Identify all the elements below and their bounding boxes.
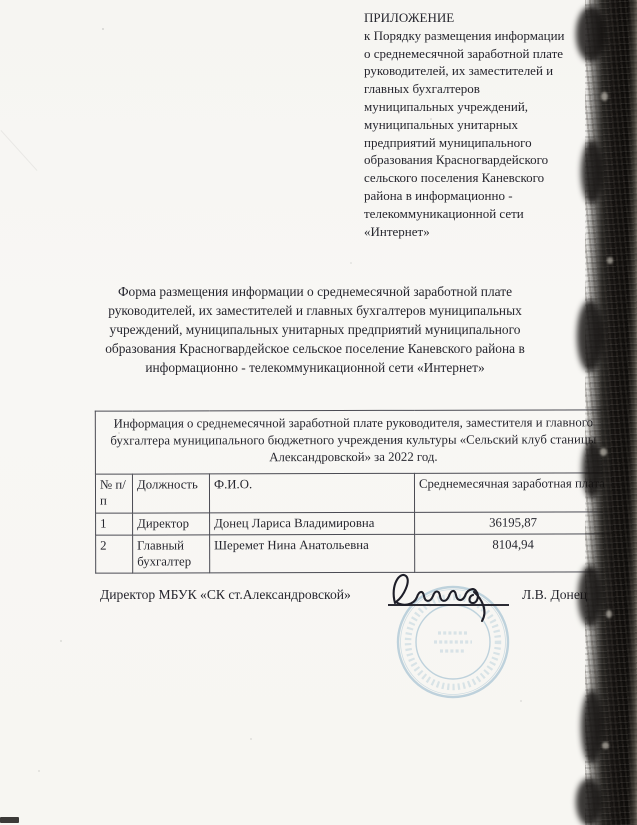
appendix-header: ПРИЛОЖЕНИЕ к Порядку размещения информац…	[364, 9, 602, 240]
scan-edge-blob	[578, 565, 602, 627]
scan-noise-specks	[0, 0, 2, 2]
table-caption: Информация о среднемесячной заработной п…	[95, 410, 611, 474]
table-row: 1 Директор Донец Лариса Владимировна 361…	[96, 512, 612, 535]
cell-salary: 36195,87	[415, 512, 612, 535]
scan-edge-blob	[582, 440, 602, 498]
col-header-position: Должность	[132, 474, 209, 513]
cell-position: Главный бухгалтер	[133, 535, 210, 573]
signature-label: Директор МБУК «СК ст.Александровской»	[100, 587, 351, 603]
cell-name: Донец Лариса Владимировна	[210, 512, 415, 535]
col-header-num: № п/п	[95, 474, 132, 513]
scan-edge-spark	[607, 257, 613, 264]
cell-num: 2	[96, 535, 133, 573]
scan-edge-spark	[601, 92, 608, 101]
scan-edge-blob	[581, 140, 603, 204]
scan-edge-blob	[576, 778, 602, 825]
scan-edge-blob	[576, 6, 606, 62]
scan-edge-spark	[602, 742, 609, 749]
form-title: Форма размещения информации о среднемеся…	[50, 282, 580, 377]
salary-table: Информация о среднемесячной заработной п…	[95, 409, 612, 573]
table-header-row: № п/п Должность Ф.И.О. Среднемесячная за…	[95, 473, 611, 513]
bottom-left-scan-mark	[0, 817, 19, 823]
table-row: 2 Главный бухгалтер Шеремет Нина Анатоль…	[96, 534, 612, 573]
handwritten-signature-icon	[383, 563, 515, 623]
scan-edge-spark	[600, 448, 607, 456]
scan-edge-blob	[581, 690, 603, 764]
scanned-document-page: ПРИЛОЖЕНИЕ к Порядку размещения информац…	[0, 0, 637, 825]
scan-edge-spark	[606, 610, 612, 618]
scan-edge-blob	[577, 300, 603, 372]
scan-scratch-mark	[1, 130, 38, 171]
cell-num: 1	[96, 513, 133, 535]
col-header-name: Ф.И.О.	[209, 473, 414, 513]
cell-position: Директор	[133, 513, 210, 535]
table-caption-row: Информация о среднемесячной заработной п…	[95, 410, 611, 474]
